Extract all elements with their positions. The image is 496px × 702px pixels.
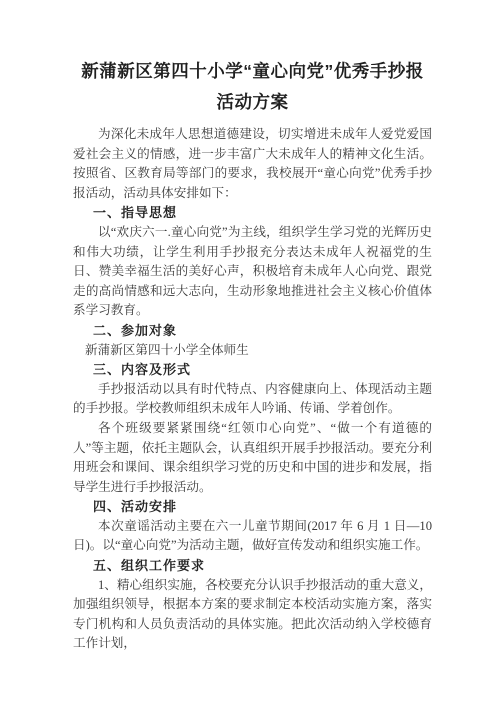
paragraph: 各个班级要紧紧围绕“红领巾心向党”、“做一个有道德的人”等主题，依托主题队会，认… <box>73 419 432 497</box>
paragraph: 1、精心组织实施，各校要充分认识手抄报活动的重大意义，加强组织领导，根据本方案的… <box>73 576 432 654</box>
section-heading: 一、指导思想 <box>73 203 432 223</box>
paragraph: 新蒲新区第四十小学全体师生 <box>73 341 432 361</box>
document-body: 为深化未成年人思想道德建设，切实增进未成年人爱党爱国爱社会主义的情感，进一步丰富… <box>73 125 432 654</box>
section-heading: 三、内容及形式 <box>73 360 432 380</box>
paragraph: 本次童谣活动主要在六一儿童节期间(2017 年 6 月 1 日—10 日)。以“… <box>73 517 432 556</box>
section-heading: 四、活动安排 <box>73 497 432 517</box>
document-title: 新蒲新区第四十小学“童心向党”优秀手抄报 活动方案 <box>73 56 432 118</box>
document-page: 新蒲新区第四十小学“童心向党”优秀手抄报 活动方案 为深化未成年人思想道德建设，… <box>0 0 496 702</box>
paragraph: 以“欢庆六一.童心向党”为主线，组织学生学习党的光辉历史和伟大功绩，让学生利用手… <box>73 223 432 321</box>
section-heading: 二、参加对象 <box>73 321 432 341</box>
paragraph: 手抄报活动以具有时代特点、内容健康向上、体现活动主题的手抄报。学校教师组织未成年… <box>73 380 432 419</box>
section-heading: 五、组织工作要求 <box>73 556 432 576</box>
paragraph: 为深化未成年人思想道德建设，切实增进未成年人爱党爱国爱社会主义的情感，进一步丰富… <box>73 125 432 203</box>
document-title-line2: 活动方案 <box>73 87 432 118</box>
document-title-line1: 新蒲新区第四十小学“童心向党”优秀手抄报 <box>73 56 432 87</box>
